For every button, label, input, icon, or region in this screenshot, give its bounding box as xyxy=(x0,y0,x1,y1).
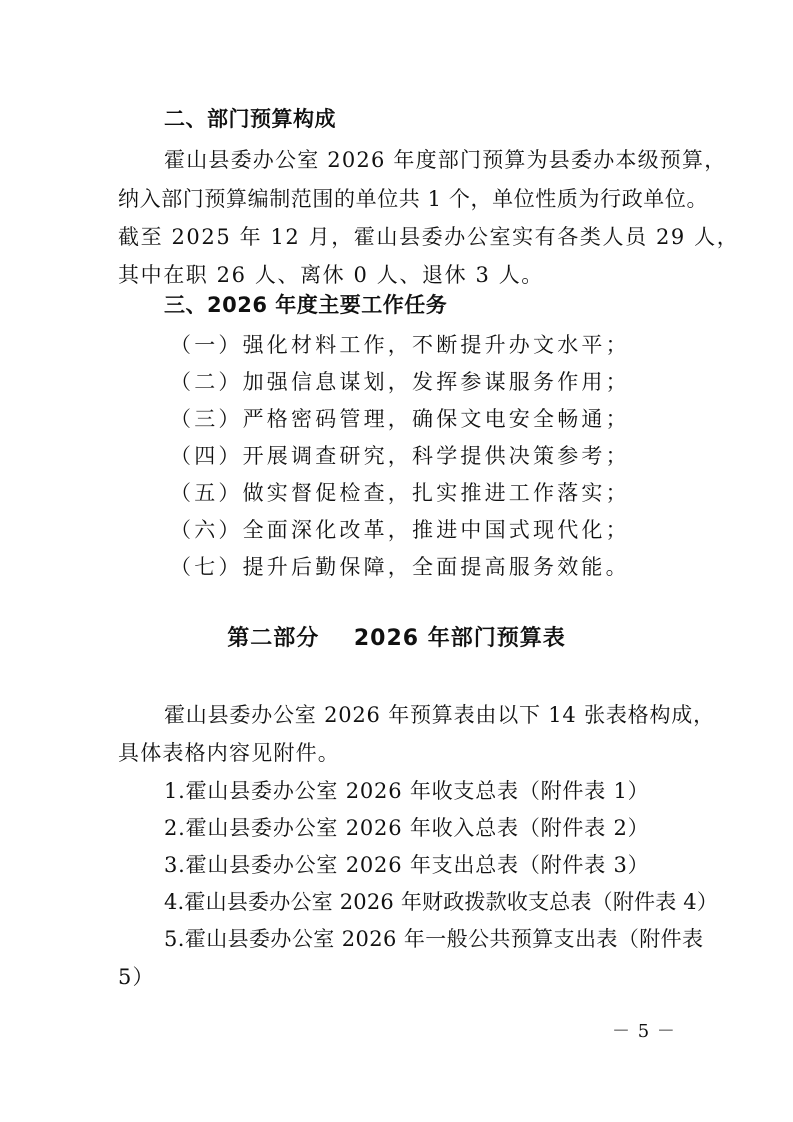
task-item: （六）全面深化改革，推进中国式现代化； xyxy=(170,515,630,545)
table-list-item: 2.霍山县委办公室 2026 年收入总表（附件表 2） xyxy=(164,813,649,843)
paragraph-line: 纳入部门预算编制范围的单位共 1 个，单位性质为行政单位。 xyxy=(118,184,708,214)
table-list-item: 3.霍山县委办公室 2026 年支出总表（附件表 3） xyxy=(164,850,649,880)
table-list-item-continuation: 5） xyxy=(118,962,155,992)
task-item: （七）提升后勤保障，全面提高服务效能。 xyxy=(170,552,630,582)
document-page: 二、部门预算构成 霍山县委办公室 2026 年度部门预算为县委办本级预算， 纳入… xyxy=(0,0,793,1122)
intro-line: 霍山县委办公室 2026 年预算表由以下 14 张表格构成， xyxy=(164,700,715,730)
page-number: － 5 － xyxy=(612,1020,676,1044)
task-item: （二）加强信息谋划，发挥参谋服务作用； xyxy=(170,367,630,397)
paragraph-line: 其中在职 26 人、离休 0 人、退休 3 人。 xyxy=(118,260,544,290)
paragraph-line: 霍山县委办公室 2026 年度部门预算为县委办本级预算， xyxy=(164,145,726,175)
part-two-title: 第二部分 2026 年部门预算表 xyxy=(0,623,793,655)
intro-line: 具体表格内容见附件。 xyxy=(118,738,340,768)
section-heading-budget-composition: 二、部门预算构成 xyxy=(164,104,336,134)
task-item: （四）开展调查研究，科学提供决策参考； xyxy=(170,441,630,471)
table-list-item: 4.霍山县委办公室 2026 年财政拨款收支总表（附件表 4） xyxy=(164,887,718,917)
table-list-item: 5.霍山县委办公室 2026 年一般公共预算支出表（附件表 xyxy=(164,924,703,954)
task-item: （三）严格密码管理，确保文电安全畅通； xyxy=(170,404,630,434)
task-item: （一）强化材料工作，不断提升办文水平； xyxy=(170,330,630,360)
task-item: （五）做实督促检查，扎实推进工作落实； xyxy=(170,478,630,508)
section-heading-main-tasks: 三、2026 年度主要工作任务 xyxy=(164,290,447,320)
paragraph-line: 截至 2025 年 12 月，霍山县委办公室实有各类人员 29 人， xyxy=(118,222,739,252)
table-list-item: 1.霍山县委办公室 2026 年收支总表（附件表 1） xyxy=(164,776,649,806)
